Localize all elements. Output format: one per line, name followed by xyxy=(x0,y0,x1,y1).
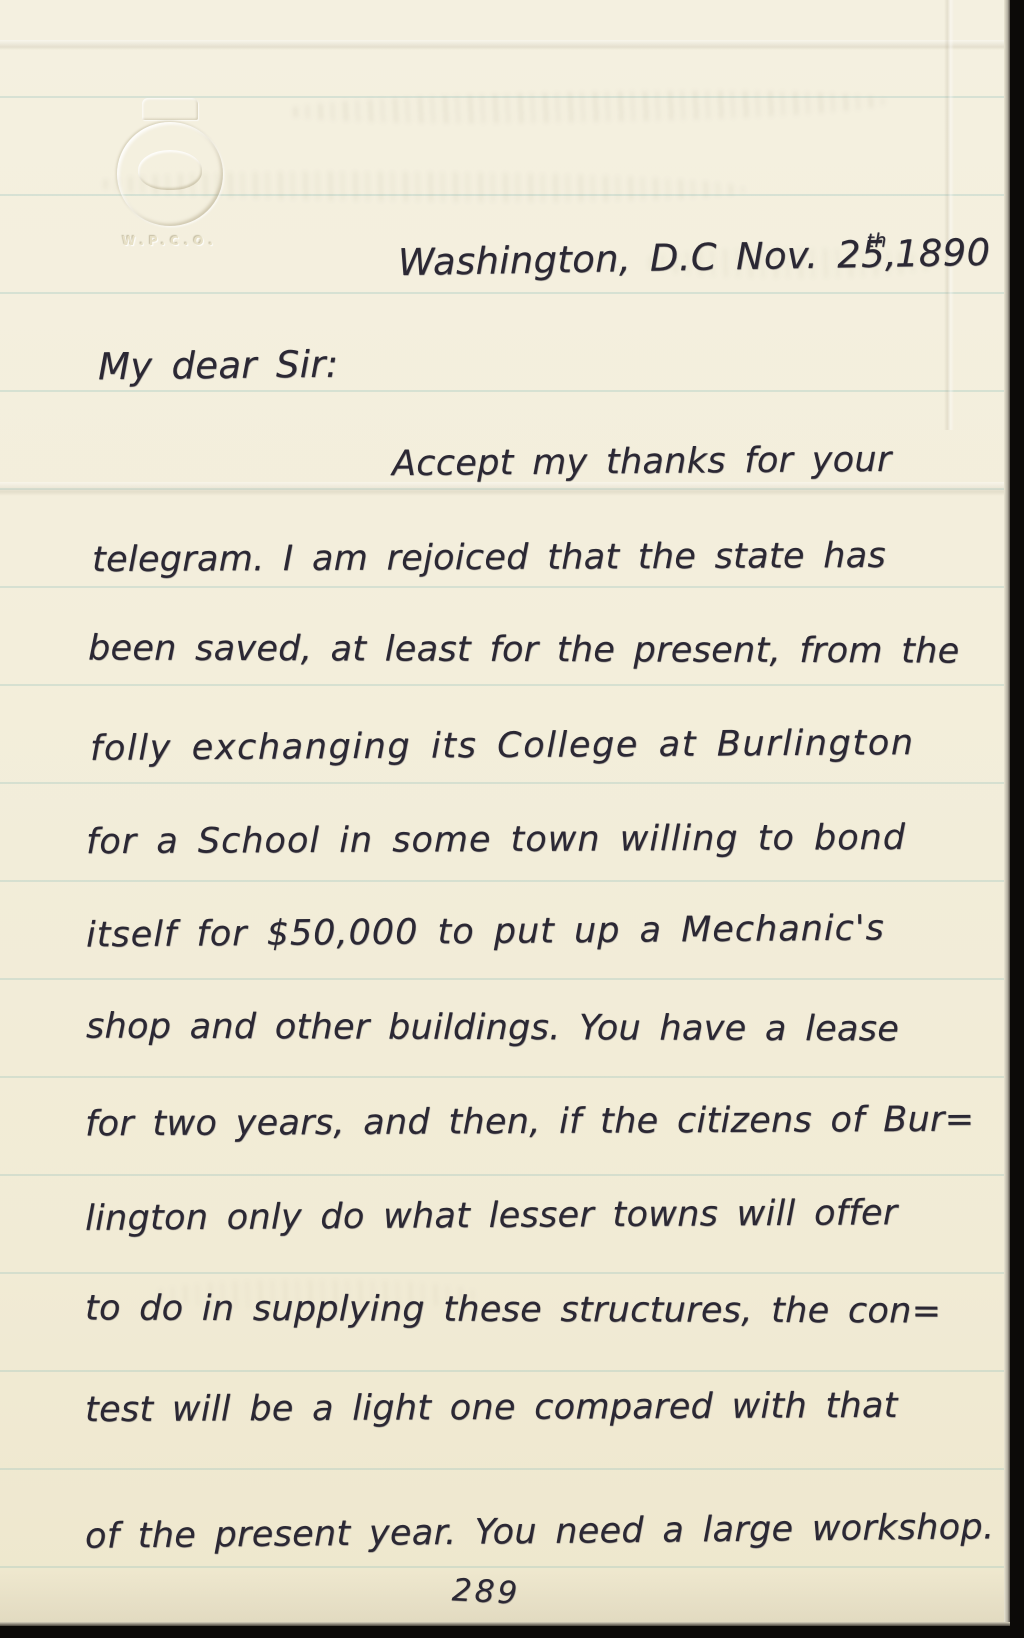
letter-line-11: test will be a light one compared with t… xyxy=(85,1386,898,1430)
fold-crease xyxy=(0,482,1004,496)
dateline-place-date: Washington, D.C Nov. 25, xyxy=(398,232,898,284)
letter-line-7: shop and other buildings. You have a lea… xyxy=(86,1007,899,1050)
letter-line-2: telegram. I am rejoiced that the state h… xyxy=(92,536,886,580)
fold-crease xyxy=(0,40,1004,50)
letter-line-3: been saved, at least for the present, fr… xyxy=(88,628,960,671)
letter-line-8: for two years, and then, if the citizens… xyxy=(85,1100,975,1145)
letter-line-1: Accept my thanks for your xyxy=(392,440,892,484)
letter-line-5: for a School in some town willing to bon… xyxy=(86,818,906,862)
embossed-crest: W.P.C.O. xyxy=(100,98,240,258)
letter-line-9: lington only do what lesser towns will o… xyxy=(85,1193,898,1239)
paper-bottom-edge xyxy=(0,1622,1010,1626)
salutation: My dear Sir: xyxy=(98,343,339,389)
date-superscript: th xyxy=(866,230,886,252)
bleedthrough-smudge xyxy=(285,87,885,127)
crest-initials: W.P.C.O. xyxy=(100,234,240,248)
letter-line-10: to do in supplying these structures, the… xyxy=(85,1289,941,1332)
page-number: 289 xyxy=(451,1572,521,1612)
letter-page: W.P.C.O. Washington, D.C Nov. 25,th1890 … xyxy=(0,0,1004,1622)
dateline-year: 1890 xyxy=(895,231,991,276)
paper-right-edge xyxy=(1004,0,1010,1622)
dateline: Washington, D.C Nov. 25,th1890 xyxy=(398,231,991,284)
letter-line-4: folly exchanging its College at Burlingt… xyxy=(90,723,915,769)
letter-line-12: of the present year. You need a large wo… xyxy=(85,1507,995,1557)
crest-crown-icon xyxy=(142,98,198,120)
letter-line-6: itself for $50,000 to put up a Mechanic'… xyxy=(86,909,885,956)
fold-crease xyxy=(944,0,954,430)
crest-shell-icon xyxy=(138,150,202,190)
